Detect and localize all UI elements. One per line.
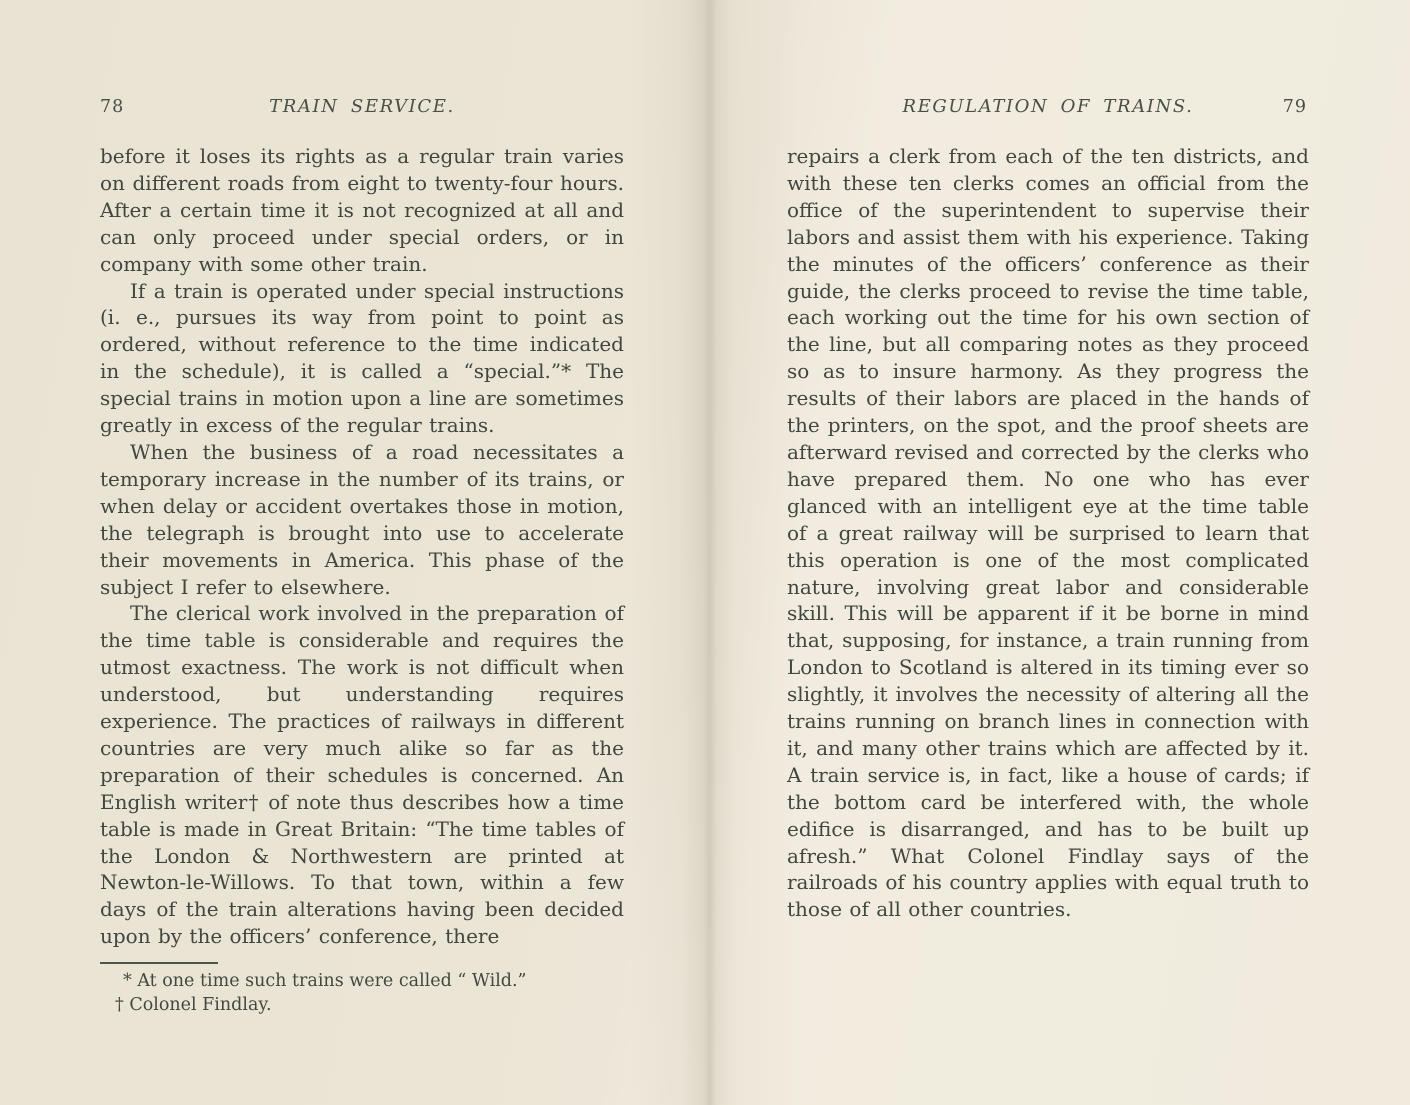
footnote-asterisk: * At one time such trains were called “ …	[100, 970, 624, 994]
right-page-number: 79	[1283, 97, 1307, 117]
right-page: REGULATION OF TRAINS. 79 repairs a clerk…	[787, 96, 1309, 923]
book-spread: 78 TRAIN SERVICE. before it loses its ri…	[0, 0, 1410, 1105]
paragraph: When the business of a road necessitates…	[100, 439, 624, 600]
footnote-dagger: † Colonel Findlay.	[100, 994, 624, 1018]
paragraph: If a train is operated under special ins…	[100, 278, 624, 439]
page-gutter-shadow	[630, 0, 800, 1105]
footnote-rule	[100, 962, 218, 964]
paragraph: repairs a clerk from each of the ten dis…	[787, 143, 1309, 923]
right-running-head: REGULATION OF TRAINS.	[787, 96, 1309, 117]
paragraph: The clerical work involved in the prepar…	[100, 600, 624, 950]
left-page-body: before it loses its rights as a regular …	[100, 120, 624, 1017]
left-page: 78 TRAIN SERVICE. before it loses its ri…	[100, 96, 624, 1017]
left-page-header: 78 TRAIN SERVICE.	[100, 96, 624, 120]
left-running-head: TRAIN SERVICE.	[100, 96, 624, 117]
right-page-body: repairs a clerk from each of the ten dis…	[787, 120, 1309, 923]
footnotes: * At one time such trains were called “ …	[100, 962, 624, 1017]
right-page-header: REGULATION OF TRAINS. 79	[787, 96, 1309, 120]
paragraph: before it loses its rights as a regular …	[100, 143, 624, 278]
